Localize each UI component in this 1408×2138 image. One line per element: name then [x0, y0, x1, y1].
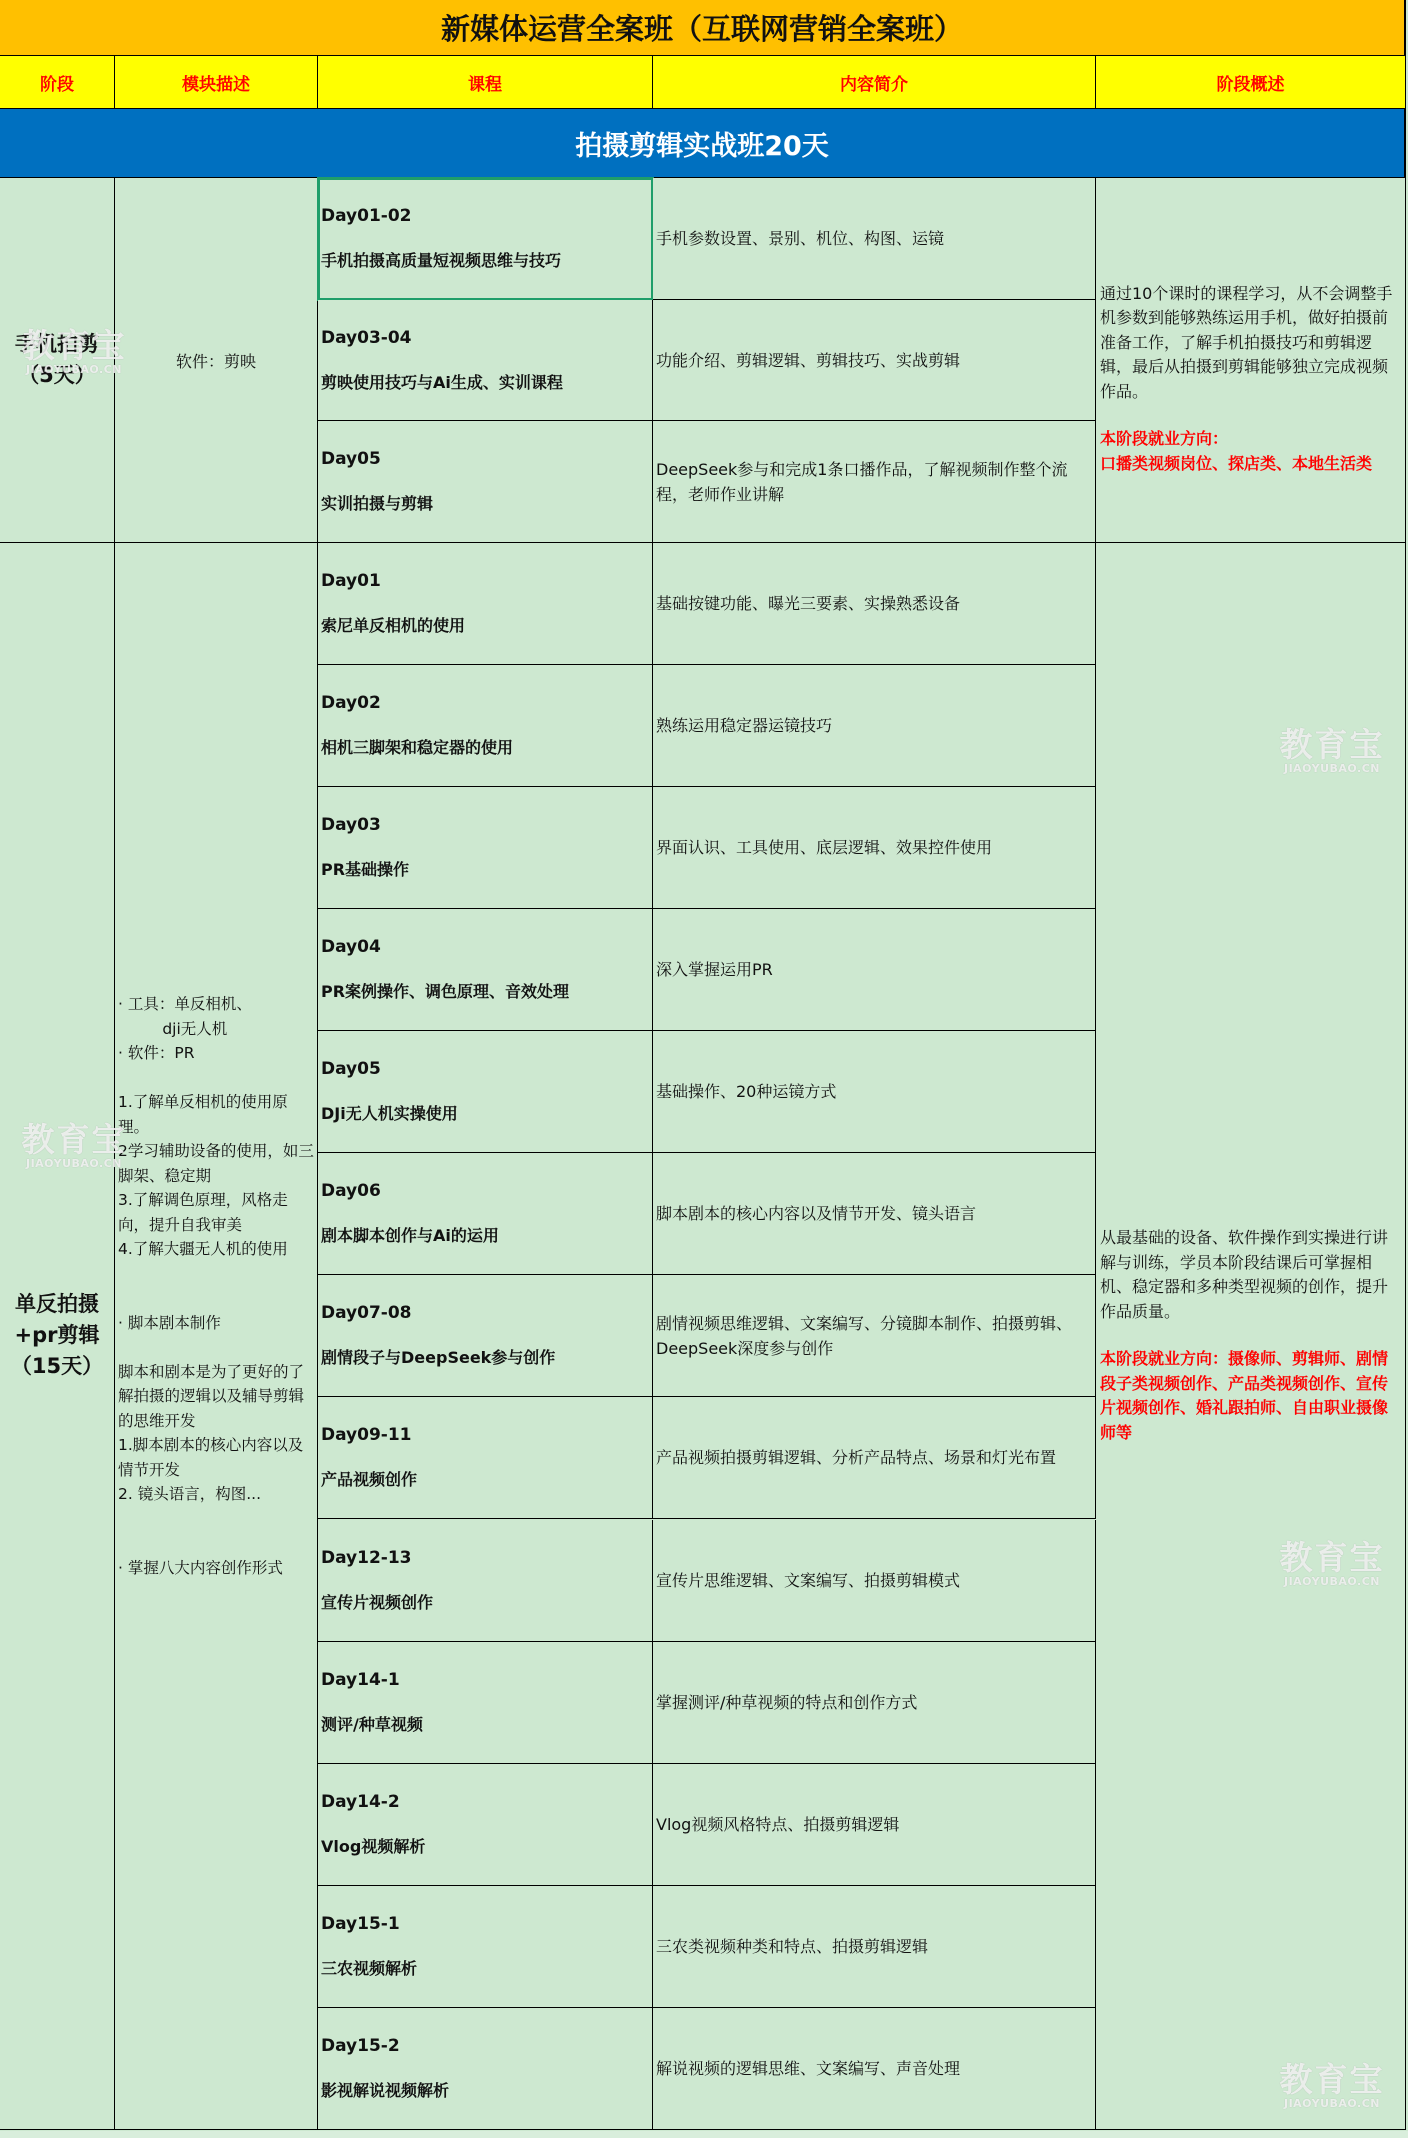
course-name: 剧本脚本创作与Ai的运用	[321, 1223, 649, 1246]
course-day: Day12-13	[321, 1548, 649, 1568]
course-content-text: 手机参数设置、景别、机位、构图、运镜	[656, 226, 944, 251]
course-cell[interactable]: Day14-2Vlog视频解析	[318, 1764, 653, 1886]
course-day: Day14-2	[321, 1792, 649, 1812]
course-day: Day06	[321, 1181, 649, 1201]
course-content-cell[interactable]: 脚本剧本的核心内容以及情节开发、镜头语言	[653, 1153, 1096, 1275]
course-content-cell[interactable]: 熟练运用稳定器运镜技巧	[653, 665, 1096, 787]
course-content-cell[interactable]: 基础按键功能、曝光三要素、实操熟悉设备	[653, 543, 1096, 665]
phase-summary-text: 从最基础的设备、软件操作到实操进行讲解与训练，学员本阶段结课后可掌握相机、稳定器…	[1100, 1226, 1401, 1324]
phase-summary-text: 通过10个课时的课程学习，从不会调整手机参数到能够熟练运用手机，做好拍摄前准备工…	[1100, 282, 1401, 405]
course-content-text: 深入掌握运用PR	[656, 957, 773, 982]
course-content-text: 基础操作、20种运镜方式	[656, 1079, 836, 1104]
course-day: Day01-02	[321, 206, 649, 226]
header-phase: 阶段	[0, 56, 115, 110]
course-content-cell[interactable]: 深入掌握运用PR	[653, 909, 1096, 1031]
course-day: Day03	[321, 815, 649, 835]
course-day: Day03-04	[321, 328, 649, 348]
phase-summary-cell: 从最基础的设备、软件操作到实操进行讲解与训练，学员本阶段结课后可掌握相机、稳定器…	[1096, 543, 1406, 2130]
course-content-cell[interactable]: Vlog视频风格特点、拍摄剪辑逻辑	[653, 1764, 1096, 1886]
course-cell[interactable]: Day15-2影视解说视频解析	[318, 2008, 653, 2130]
phase-cell: 手机拍剪 （5天）	[0, 178, 115, 543]
bottom-gridline-strip	[0, 2131, 1408, 2138]
course-name: 影视解说视频解析	[321, 2078, 649, 2101]
course-content-text: DeepSeek参与和完成1条口播作品，了解视频制作整个流程，老师作业讲解	[656, 457, 1093, 507]
course-day: Day05	[321, 1059, 649, 1079]
course-name: 相机三脚架和稳定器的使用	[321, 735, 649, 758]
section-band-title: 拍摄剪辑实战班20天	[0, 109, 1406, 179]
course-day: Day09-11	[321, 1425, 649, 1445]
course-name: PR案例操作、调色原理、音效处理	[321, 979, 649, 1002]
course-content-text: 剧情视频思维逻辑、文案编写、分镜脚本制作、拍摄剪辑、DeepSeek深度参与创作	[656, 1311, 1093, 1361]
header-course: 课程	[318, 56, 653, 110]
course-cell[interactable]: Day14-1测评/种草视频	[318, 1642, 653, 1764]
course-content-cell[interactable]: 基础操作、20种运镜方式	[653, 1031, 1096, 1153]
phase-cell: 单反拍摄 +pr剪辑 （15天）	[0, 543, 115, 2130]
course-day: Day04	[321, 937, 649, 957]
course-name: DJi无人机实操使用	[321, 1101, 649, 1124]
course-content-cell[interactable]: 解说视频的逻辑思维、文案编写、声音处理	[653, 2008, 1096, 2130]
course-cell[interactable]: Day06剧本脚本创作与Ai的运用	[318, 1153, 653, 1275]
course-day: Day15-2	[321, 2036, 649, 2056]
course-content-text: 基础按键功能、曝光三要素、实操熟悉设备	[656, 591, 960, 616]
course-name: 剧情段子与DeepSeek参与创作	[321, 1345, 649, 1368]
course-content-cell[interactable]: 剧情视频思维逻辑、文案编写、分镜脚本制作、拍摄剪辑、DeepSeek深度参与创作	[653, 1275, 1096, 1397]
course-cell[interactable]: Day07-08剧情段子与DeepSeek参与创作	[318, 1275, 653, 1397]
header-summary: 阶段概述	[1096, 56, 1406, 110]
course-cell[interactable]: Day01索尼单反相机的使用	[318, 543, 653, 665]
course-cell[interactable]: Day04PR案例操作、调色原理、音效处理	[318, 909, 653, 1031]
course-day: Day02	[321, 693, 649, 713]
page-title: 新媒体运营全案班（互联网营销全案班）	[0, 0, 1406, 57]
module-description-cell: · 工具：单反相机、 dji无人机 · 软件：PR 1.了解单反相机的使用原理。…	[115, 543, 318, 2130]
course-content-text: 解说视频的逻辑思维、文案编写、声音处理	[656, 2056, 960, 2081]
course-cell[interactable]: Day01-02手机拍摄高质量短视频思维与技巧	[318, 178, 653, 300]
course-name: 三农视频解析	[321, 1956, 649, 1979]
course-content-text: 掌握测评/种草视频的特点和创作方式	[656, 1690, 917, 1715]
course-day: Day05	[321, 449, 649, 469]
course-name: PR基础操作	[321, 857, 649, 880]
course-content-text: 宣传片思维逻辑、文案编写、拍摄剪辑模式	[656, 1568, 960, 1593]
course-cell[interactable]: Day12-13宣传片视频创作	[318, 1520, 653, 1642]
course-name: 剪映使用技巧与Ai生成、实训课程	[321, 370, 649, 393]
course-name: Vlog视频解析	[321, 1834, 649, 1857]
course-cell[interactable]: Day09-11产品视频创作	[318, 1397, 653, 1519]
course-day: Day14-1	[321, 1670, 649, 1690]
course-content-cell[interactable]: 掌握测评/种草视频的特点和创作方式	[653, 1642, 1096, 1764]
course-content-text: 三农类视频种类和特点、拍摄剪辑逻辑	[656, 1934, 928, 1959]
course-cell[interactable]: Day02相机三脚架和稳定器的使用	[318, 665, 653, 787]
module-description-text: · 工具：单反相机、 dji无人机 · 软件：PR 1.了解单反相机的使用原理。…	[118, 992, 314, 1580]
course-cell[interactable]: Day03-04剪映使用技巧与Ai生成、实训课程	[318, 300, 653, 422]
course-name: 产品视频创作	[321, 1467, 649, 1490]
employment-direction-text: 本阶段就业方向： 口播类视频岗位、探店类、本地生活类	[1100, 427, 1401, 476]
course-content-text: 熟练运用稳定器运镜技巧	[656, 713, 832, 738]
course-name: 索尼单反相机的使用	[321, 613, 649, 636]
phase-summary-cell: 通过10个课时的课程学习，从不会调整手机参数到能够熟练运用手机，做好拍摄前准备工…	[1096, 178, 1406, 543]
course-day: Day15-1	[321, 1914, 649, 1934]
course-cell[interactable]: Day05DJi无人机实操使用	[318, 1031, 653, 1153]
header-module: 模块描述	[115, 56, 318, 110]
course-name: 测评/种草视频	[321, 1712, 649, 1735]
module-description-cell: 软件：剪映	[115, 178, 318, 543]
course-content-cell[interactable]: 手机参数设置、景别、机位、构图、运镜	[653, 178, 1096, 300]
course-content-cell[interactable]: 宣传片思维逻辑、文案编写、拍摄剪辑模式	[653, 1520, 1096, 1642]
course-cell[interactable]: Day03PR基础操作	[318, 787, 653, 909]
course-day: Day07-08	[321, 1303, 649, 1323]
course-content-cell[interactable]: 界面认识、工具使用、底层逻辑、效果控件使用	[653, 787, 1096, 909]
header-content: 内容简介	[653, 56, 1096, 110]
course-content-text: 界面认识、工具使用、底层逻辑、效果控件使用	[656, 835, 992, 860]
course-name: 宣传片视频创作	[321, 1590, 649, 1613]
course-content-cell[interactable]: 产品视频拍摄剪辑逻辑、分析产品特点、场景和灯光布置	[653, 1397, 1096, 1519]
course-content-cell[interactable]: DeepSeek参与和完成1条口播作品，了解视频制作整个流程，老师作业讲解	[653, 421, 1096, 543]
course-name: 实训拍摄与剪辑	[321, 491, 649, 514]
course-content-text: 产品视频拍摄剪辑逻辑、分析产品特点、场景和灯光布置	[656, 1445, 1056, 1470]
course-content-text: 功能介绍、剪辑逻辑、剪辑技巧、实战剪辑	[656, 348, 960, 373]
course-content-cell[interactable]: 三农类视频种类和特点、拍摄剪辑逻辑	[653, 1886, 1096, 2008]
course-cell[interactable]: Day05实训拍摄与剪辑	[318, 421, 653, 543]
course-name: 手机拍摄高质量短视频思维与技巧	[321, 248, 649, 271]
course-day: Day01	[321, 571, 649, 591]
course-content-text: 脚本剧本的核心内容以及情节开发、镜头语言	[656, 1201, 976, 1226]
course-content-cell[interactable]: 功能介绍、剪辑逻辑、剪辑技巧、实战剪辑	[653, 300, 1096, 422]
course-content-text: Vlog视频风格特点、拍摄剪辑逻辑	[656, 1812, 899, 1837]
course-cell[interactable]: Day15-1三农视频解析	[318, 1886, 653, 2008]
employment-direction-text: 本阶段就业方向：摄像师、剪辑师、剧情段子类视频创作、产品类视频创作、宣传片视频创…	[1100, 1347, 1401, 1445]
